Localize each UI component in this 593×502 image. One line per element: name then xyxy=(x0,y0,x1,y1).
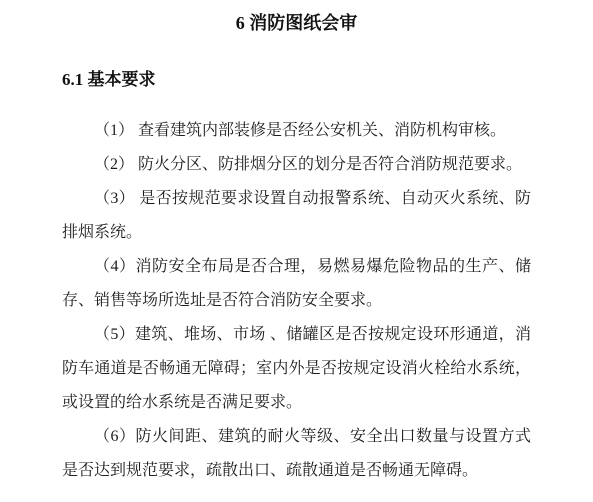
section-heading: 6.1 基本要求 xyxy=(62,70,531,90)
section-body: （1） 查看建筑内部装修是否经公安机关、消防机构审核。 （2） 防火分区、防排烟… xyxy=(62,114,531,488)
body-paragraph-6: （6）防火间距、建筑的耐火等级、安全出口数量与设置方式是否达到规范要求，疏散出口… xyxy=(62,420,531,488)
body-paragraph-1: （1） 查看建筑内部装修是否经公安机关、消防机构审核。 xyxy=(62,114,531,148)
body-paragraph-3: （3） 是否按规范要求设置自动报警系统、自动灭火系统、防排烟系统。 xyxy=(62,182,531,250)
body-paragraph-4: （4）消防安全布局是否合理，易燃易爆危险物品的生产、储存、销售等场所选址是否符合… xyxy=(62,250,531,318)
document-page: 6 消防图纸会审 6.1 基本要求 （1） 查看建筑内部装修是否经公安机关、消防… xyxy=(0,0,593,502)
body-paragraph-5: （5）建筑、堆场、市场 、储罐区是否按规定设环形通道，消防车通道是否畅通无障碍；… xyxy=(62,318,531,420)
body-paragraph-2: （2） 防火分区、防排烟分区的划分是否符合消防规范要求。 xyxy=(62,148,531,182)
document-title: 6 消防图纸会审 xyxy=(62,12,531,34)
